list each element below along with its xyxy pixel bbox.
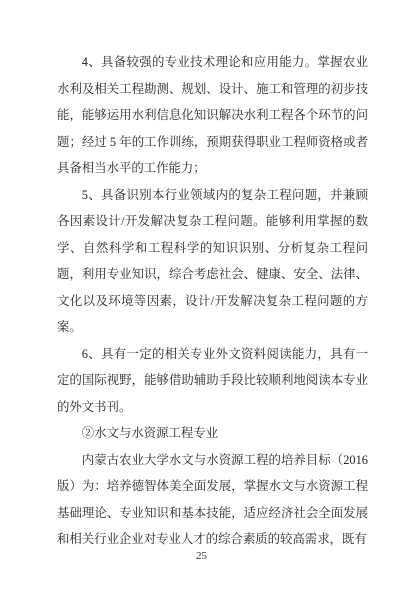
page-number: 25: [0, 549, 403, 563]
paragraph-item-6: 6、具有一定的相关专业外文资料阅读能力，具有一定的国际视野，能够借助辅助手段比较…: [57, 341, 368, 421]
paragraph-item-5: 5、具备识别本行业领域内的复杂工程问题，并兼顾各因素设计/开发解决复杂工程问题。…: [57, 182, 368, 341]
paragraph-item-4: 4、具备较强的专业技术理论和应用能力。掌握农业水利及相关工程勘测、规划、设计、施…: [57, 49, 368, 182]
paragraph-training-objectives: 内蒙古农业大学水文与水资源工程的培养目标（2016版）为：培养德智体美全面发展，…: [57, 447, 368, 553]
page-body: 4、具备较强的专业技术理论和应用能力。掌握农业水利及相关工程勘测、规划、设计、施…: [57, 49, 368, 553]
section-subheading-hydrology-major: ②水文与水资源工程专业: [57, 420, 368, 447]
document-page: 4、具备较强的专业技术理论和应用能力。掌握农业水利及相关工程勘测、规划、设计、施…: [0, 0, 403, 604]
